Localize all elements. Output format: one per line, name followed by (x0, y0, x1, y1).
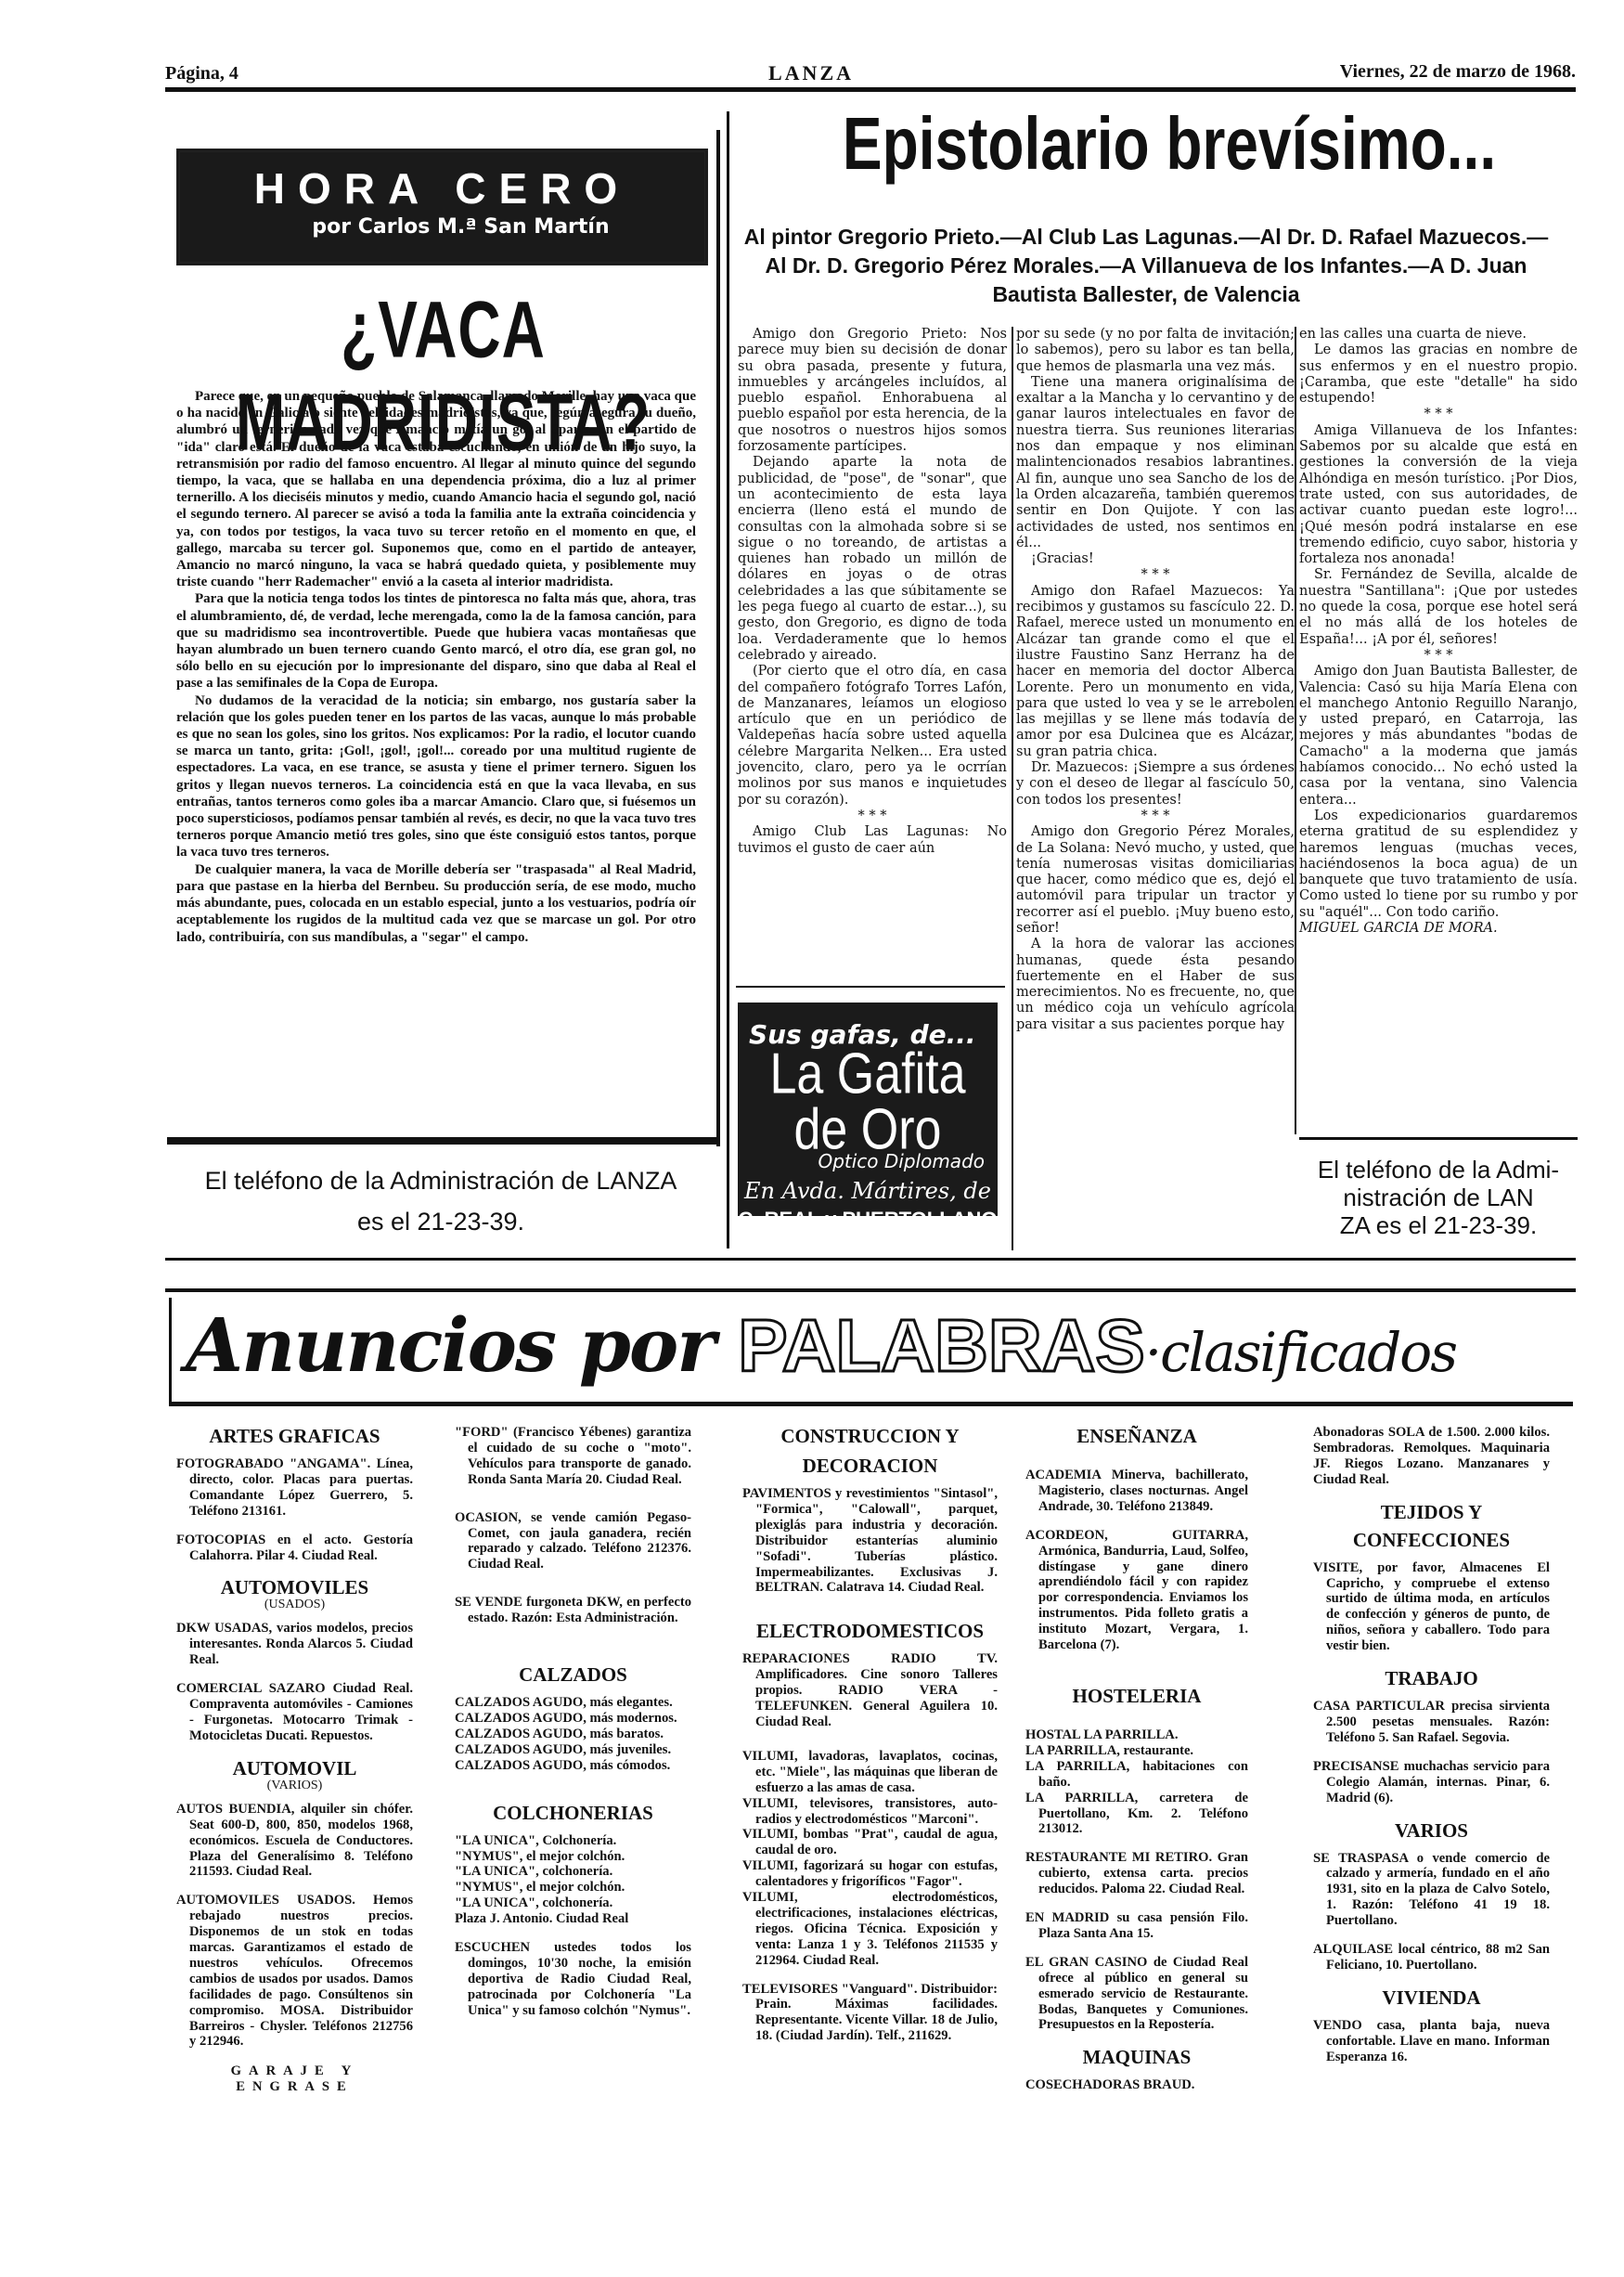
classified-ad: ACORDEON, GUITARRA, Armónica, Bandurria,… (1025, 1528, 1248, 1653)
section-break: * * * (1016, 567, 1295, 583)
classified-ad: "LA UNICA", Colchonería. (455, 1833, 691, 1849)
category-heading: ELECTRODOMESTICOS (742, 1620, 998, 1642)
category-heading: MAQUINAS (1025, 2046, 1248, 2068)
issue-date: Viernes, 22 de marzo de 1968. (1340, 61, 1576, 83)
column-divider (1295, 327, 1296, 1134)
category-heading: CALZADOS (455, 1663, 691, 1686)
classified-ad: VILUMI, bombas "Prat", caudal de agua, c… (742, 1827, 998, 1858)
epistolario-column-1: Amigo don Gregorio Prieto: Nos parece mu… (738, 327, 1007, 857)
banner-text-outlined: PALABRAS (738, 1304, 1145, 1387)
category-heading: ARTES GRAFICAS (176, 1425, 413, 1447)
category-heading: HOSTELERIA (1025, 1685, 1248, 1707)
classified-ad: "LA UNICA", colchonería. (455, 1864, 691, 1880)
classifieds-column-1: ARTES GRAFICAS FOTOGRABADO "ANGAMA". Lín… (176, 1425, 413, 2108)
article-body: Parece que, en un pequeño pueblo de Sala… (176, 388, 696, 946)
section-break: * * * (1299, 648, 1578, 664)
classified-ad: VISITE, por favor, Almacenes El Capricho… (1313, 1560, 1550, 1654)
paragraph: Parece que, en un pequeño pueblo de Sala… (176, 388, 696, 590)
classified-ad: VILUMI, electrodomésticos, electrificaci… (742, 1890, 998, 1969)
classified-ad: "NYMUS", el mejor colchón. (455, 1880, 691, 1895)
notice-rule (1299, 1137, 1578, 1140)
paragraph: Amigo Club Las Lagunas: No tuvimos el gu… (738, 824, 1007, 857)
classified-ad: CALZADOS AGUDO, más cómodos. (455, 1758, 691, 1774)
classified-ad: VENDO casa, planta baja, nueva confortab… (1313, 2018, 1550, 2065)
classified-ad: LA PARRILLA, restaurante. (1025, 1743, 1248, 1759)
classified-ad: VILUMI, fagorizará su hogar con estufas,… (742, 1858, 998, 1890)
paragraph: Amigo don Gregorio Pérez Morales, de La … (1016, 824, 1295, 937)
paragraph: No dudamos de la veracidad de la noticia… (176, 692, 696, 861)
section-break: * * * (738, 809, 1007, 824)
classifieds-column-5: Abonadoras SOLA de 1.500. 2.000 kilos. S… (1313, 1425, 1550, 2078)
category-heading: TRABAJO (1313, 1667, 1550, 1689)
header-rule (165, 87, 1576, 92)
classified-ad: RESTAURANTE MI RETIRO. Gran cubierto, ex… (1025, 1850, 1248, 1897)
page-number: Página, 4 (165, 63, 238, 84)
paragraph: Amigo don Rafael Mazuecos: Ya recibimos … (1016, 584, 1295, 760)
category-title: AUTOMOVILES (221, 1576, 368, 1598)
classified-ad: ACADEMIA Minerva, bachillerato, Magister… (1025, 1468, 1248, 1515)
epistolario-column-3: en las calles una cuarta de nieve. Le da… (1299, 327, 1578, 937)
classified-ad: COSECHADORAS BRAUD. (1025, 2077, 1248, 2093)
paragraph: Amigo don Gregorio Prieto: Nos parece mu… (738, 327, 1007, 455)
category-subtitle: (USADOS) (176, 1598, 413, 1611)
classified-ad: CALZADOS AGUDO, más elegantes. (455, 1695, 691, 1711)
category-heading: AUTOMOVIL(VARIOS) (176, 1757, 413, 1792)
gafita-de-oro-ad: Sus gafas, de... La Gafita de Oro Optico… (738, 1003, 998, 1216)
section-divider (727, 111, 729, 1248)
author-signature: MIGUEL GARCIA DE MORA. (1299, 921, 1578, 937)
masthead: LANZA (768, 61, 854, 85)
paragraph: ¡Gracias! (1016, 551, 1295, 567)
phone-notice-line: es el 21-23-39. (167, 1201, 715, 1242)
paragraph: Le damos las gracias en nombre de sus en… (1299, 343, 1578, 407)
ad-rule (736, 986, 1005, 988)
classified-ad: EN MADRID su casa pensión Filo. Plaza Sa… (1025, 1910, 1248, 1942)
page-separator (165, 1288, 1576, 1292)
category-heading: VIVIENDA (1313, 1986, 1550, 2009)
paragraph: Dr. Mazuecos: ¡Siempre a sus órdenes y c… (1016, 760, 1295, 809)
paragraph: Los expedicionarios guardaremos eterna g… (1299, 809, 1578, 921)
paragraph: Amiga Villanueva de los Infantes: Sabemo… (1299, 423, 1578, 568)
classified-ad: COMERCIAL SAZARO Ciudad Real. Compravent… (176, 1681, 413, 1744)
banner-text: Anuncios por (186, 1301, 714, 1389)
phone-notice-line: El teléfono de la Administración de LANZ… (167, 1160, 715, 1201)
classified-ad: CASA PARTICULAR precisa sirvienta 2.500 … (1313, 1699, 1550, 1746)
paragraph: Dejando aparte la nota de publicidad, de… (738, 455, 1007, 664)
classifieds-banner: Anuncios por PALABRAS·clasificados (186, 1301, 1568, 1389)
category-heading: TEJIDOS Y (1313, 1501, 1550, 1523)
ad-brand: La Gafita de Oro (738, 1046, 998, 1158)
classified-ad: "FORD" (Francisco Yébenes) garantiza el … (455, 1425, 691, 1488)
category-heading: AUTOMOVILES(USADOS) (176, 1576, 413, 1611)
paragraph: por su sede (y no por falta de invitació… (1016, 327, 1295, 375)
classified-ad: VILUMI, lavadoras, lavaplatos, cocinas, … (742, 1749, 998, 1796)
classified-ad: DKW USADAS, varios modelos, precios inte… (176, 1621, 413, 1668)
category-heading: CONSTRUCCION Y (742, 1425, 998, 1447)
paragraph: De cualquier manera, la vaca de Morille … (176, 861, 696, 946)
classified-ad: "LA UNICA", colchonería. (455, 1895, 691, 1911)
classified-ad: HOSTAL LA PARRILLA. (1025, 1727, 1248, 1743)
classified-ad: VILUMI, televisores, transistores, auto-… (742, 1796, 998, 1828)
paragraph: Tiene una manera originalísima de exalta… (1016, 375, 1295, 551)
category-heading: GARAJE Y ENGRASE (176, 2064, 413, 2095)
classifieds-column-2: "FORD" (Francisco Yébenes) garantiza el … (455, 1425, 691, 2032)
page-separator (165, 1258, 1576, 1261)
classified-ad: OCASION, se vende camión Pegaso-Comet, c… (455, 1510, 691, 1573)
classified-ad: CALZADOS AGUDO, más juveniles. (455, 1742, 691, 1758)
phone-notice-line: ZA es el 21-23-39. (1299, 1211, 1578, 1239)
phone-notice-line: nistración de LAN (1299, 1184, 1578, 1211)
column-title: HORA CERO (180, 163, 704, 213)
paragraph: A la hora de valorar las acciones humana… (1016, 937, 1295, 1033)
category-heading: DECORACION (742, 1455, 998, 1477)
epistolario-title: Epistolario brevísimo... (770, 100, 1568, 187)
ad-address: En Avda. Mártires, de (738, 1178, 998, 1204)
phone-notice-right: El teléfono de la Admi- nistración de LA… (1299, 1156, 1578, 1239)
classified-ad: CALZADOS AGUDO, más baratos. (455, 1727, 691, 1742)
classified-ad: ESCUCHEN ustedes todos los domingos, 10'… (455, 1940, 691, 2019)
category-title: AUTOMOVIL (233, 1757, 357, 1779)
phone-notice-left: El teléfono de la Administración de LANZ… (167, 1160, 715, 1242)
classified-ad: AUTOMOVILES USADOS. Hemos rebajado nuest… (176, 1893, 413, 2050)
classified-ad: PAVIMENTOS y revestimientos "Sintasol", … (742, 1486, 998, 1596)
column-divider (1012, 327, 1013, 1250)
banner-text: ·clasificados (1145, 1321, 1456, 1384)
phone-notice-line: El teléfono de la Admi- (1299, 1156, 1578, 1184)
article-bottom-rule (167, 1137, 719, 1145)
classifieds-column-3: CONSTRUCCION Y DECORACION PAVIMENTOS y r… (742, 1425, 998, 2057)
classified-ad: EL GRAN CASINO de Ciudad Real ofrece al … (1025, 1955, 1248, 2034)
column-divider (716, 130, 720, 1146)
section-break: * * * (1299, 407, 1578, 422)
paragraph: (Por cierto que el otro día, en casa del… (738, 664, 1007, 809)
classified-ad: FOTOGRABADO "ANGAMA". Línea, directo, co… (176, 1456, 413, 1520)
category-heading: ENSEÑANZA (1025, 1425, 1248, 1447)
classified-ad: SE VENDE furgoneta DKW, en perfecto esta… (455, 1595, 691, 1626)
classified-ad: AUTOS BUENDIA, alquiler sin chófer. Seat… (176, 1802, 413, 1881)
paragraph: Para que la noticia tenga todos los tint… (176, 590, 696, 692)
section-break: * * * (1016, 809, 1295, 824)
classified-ad: LA PARRILLA, carretera de Puertollano, K… (1025, 1791, 1248, 1838)
classified-ad: TELEVISORES "Vanguard". Distribuidor: Pr… (742, 1982, 998, 2045)
classified-ad: FOTOCOPIAS en el acto. Gestoría Calahorr… (176, 1533, 413, 1564)
page-header: Página, 4 LANZA Viernes, 22 de marzo de … (165, 54, 1576, 87)
category-subtitle: (VARIOS) (176, 1779, 413, 1792)
classified-ad: ALQUILASE local céntrico, 88 m2 San Feli… (1313, 1942, 1550, 1973)
paragraph: Sr. Fernández de Sevilla, alcalde de nue… (1299, 567, 1578, 647)
classified-ad: Plaza J. Antonio. Ciudad Real (455, 1911, 691, 1927)
classified-ad: CALZADOS AGUDO, más modernos. (455, 1711, 691, 1727)
paragraph: en las calles una cuarta de nieve. (1299, 327, 1578, 343)
classifieds-column-4: ENSEÑANZA ACADEMIA Minerva, bachillerato… (1025, 1425, 1248, 2106)
epistolario-column-2: por su sede (y no por falta de invitació… (1016, 327, 1295, 1033)
category-heading: VARIOS (1313, 1819, 1550, 1842)
classified-ad: PRECISANSE muchachas servicio para Coleg… (1313, 1759, 1550, 1806)
classified-ad: "NYMUS", el mejor colchón. (455, 1849, 691, 1865)
epistolario-subtitle: Al pintor Gregorio Prieto.—Al Club Las L… (742, 223, 1550, 309)
column-heading-box: HORA CERO por Carlos M.ª San Martín (176, 149, 708, 265)
paragraph: Amigo don Juan Bautista Ballester, de Va… (1299, 664, 1578, 809)
byline: por Carlos M.ª San Martín (180, 215, 704, 239)
ad-cities: C. REAL y PUERTOLLANO (738, 1208, 998, 1232)
classified-ad: Abonadoras SOLA de 1.500. 2.000 kilos. S… (1313, 1425, 1550, 1488)
category-heading: CONFECCIONES (1313, 1529, 1550, 1551)
classified-ad: REPARACIONES RADIO TV. Amplificadores. C… (742, 1651, 998, 1730)
classified-ad: SE TRASPASA o vende comercio de calzado … (1313, 1851, 1550, 1930)
category-heading: COLCHONERIAS (455, 1802, 691, 1824)
classified-ad: LA PARRILLA, habitaciones con baño. (1025, 1759, 1248, 1791)
